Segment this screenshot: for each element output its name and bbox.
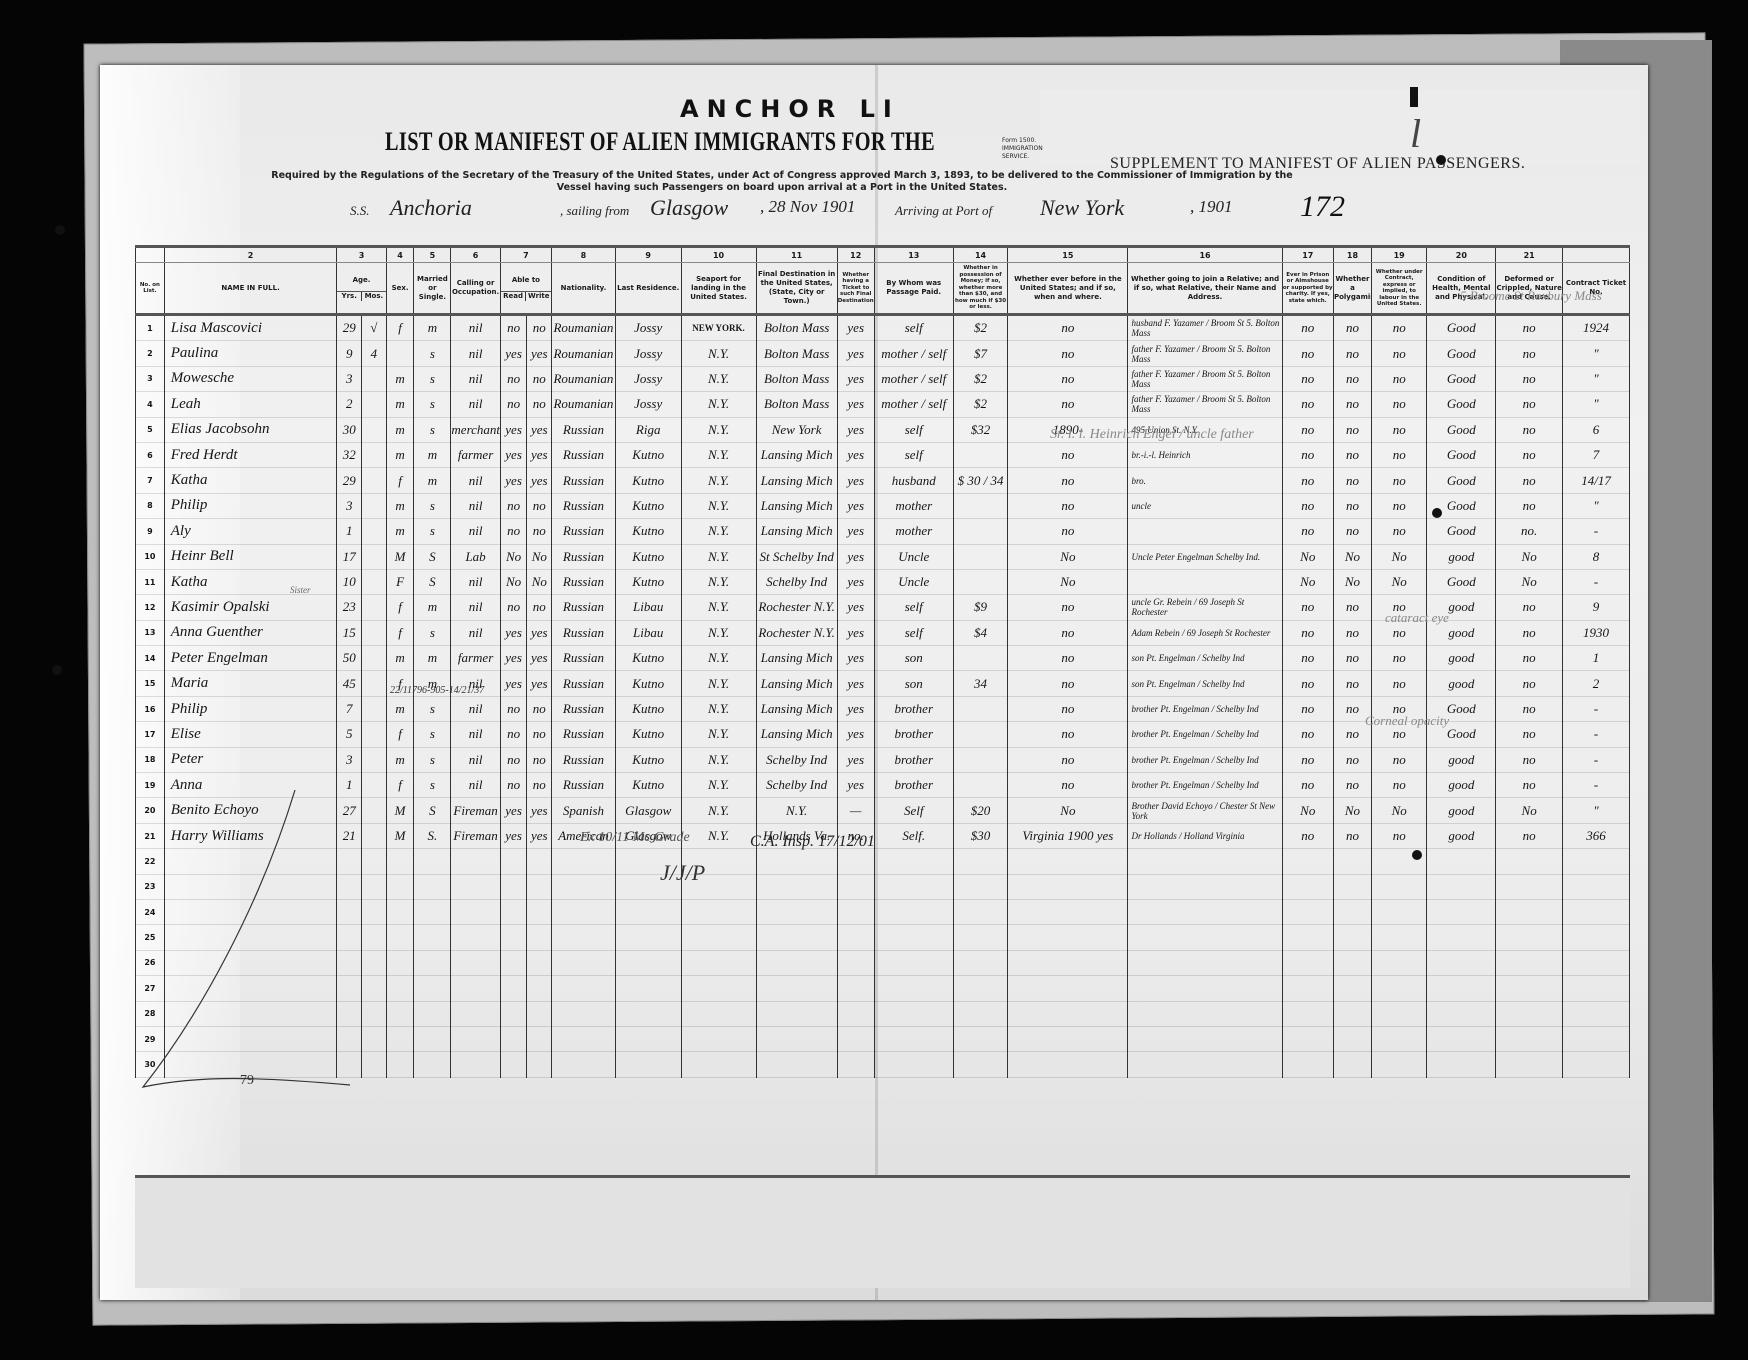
cell-no: 12	[136, 595, 165, 620]
cell-polygamist	[1333, 1001, 1371, 1026]
cell-ever-before: no	[1008, 696, 1128, 721]
cell-nationality: Russian	[552, 620, 616, 645]
cell-occupation	[451, 1052, 500, 1077]
cell-sex: f	[386, 595, 414, 620]
cell-occupation	[451, 1001, 500, 1026]
cell-yrs: 15	[337, 620, 362, 645]
cell-ticket: yes	[837, 620, 874, 645]
cell-sex: m	[386, 442, 414, 467]
cell-write: No	[527, 544, 552, 569]
cell-residence	[615, 1001, 681, 1026]
cell-yrs: 3	[337, 747, 362, 772]
cell-sex: F	[386, 569, 414, 594]
cell-write: no	[527, 315, 552, 341]
cell-ticket-no	[1563, 976, 1630, 1001]
cell-ticket: yes	[837, 366, 874, 391]
cell-nationality	[552, 925, 616, 950]
cell-mos	[362, 417, 387, 442]
cell-seaport: N.Y.	[681, 468, 756, 493]
cell-read	[500, 976, 527, 1001]
cell-nationality: Russian	[552, 722, 616, 747]
cell-seaport: N.Y.	[681, 747, 756, 772]
cell-married: s	[414, 773, 451, 798]
cell-deformed: no	[1496, 366, 1563, 391]
cell-paid: self	[874, 595, 953, 620]
table-row: 5Elias Jacobsohn30msmerchantyesyesRussia…	[136, 417, 1630, 442]
cell-residence: Kutno	[615, 646, 681, 671]
cell-prison: no	[1282, 392, 1333, 417]
cell-ever-before: No	[1008, 544, 1128, 569]
cell-yrs: 45	[337, 671, 362, 696]
cell-residence: Kutno	[615, 747, 681, 772]
bottom-note-left: Ex 10/11 Mc Grade	[580, 830, 690, 846]
cell-sex	[386, 1052, 414, 1077]
cell-ever-before: no	[1008, 341, 1128, 366]
cell-paid	[874, 1026, 953, 1051]
line-name: ANCHOR LI	[680, 95, 900, 123]
cell-mos	[362, 899, 387, 924]
cell-polygamist: no	[1333, 468, 1371, 493]
cell-occupation: nil	[451, 315, 500, 341]
cell-sex: M	[386, 823, 414, 848]
cell-no: 6	[136, 442, 165, 467]
cell-seaport: N.Y.	[681, 823, 756, 848]
cell-no: 10	[136, 544, 165, 569]
cell-polygamist: no	[1333, 595, 1371, 620]
cell-no: 18	[136, 747, 165, 772]
cell-ticket-no: -	[1563, 519, 1630, 544]
cell-residence: Kutno	[615, 696, 681, 721]
cell-ever-before	[1008, 1052, 1128, 1077]
cell-nationality	[552, 976, 616, 1001]
cell-sex	[386, 1026, 414, 1051]
cell-no: 2	[136, 341, 165, 366]
cell-prison: no	[1282, 315, 1333, 341]
cell-sex: f	[386, 620, 414, 645]
cell-money: $4	[953, 620, 1007, 645]
cell-paid	[874, 1001, 953, 1026]
cell-prison	[1282, 874, 1333, 899]
cell-prison: no	[1282, 468, 1333, 493]
cell-ticket-no: 9	[1563, 595, 1630, 620]
cell-money	[953, 442, 1007, 467]
row18-health-note: Corneal opacity	[1365, 713, 1449, 729]
cell-contract-labour: no	[1371, 646, 1426, 671]
cell-polygamist	[1333, 899, 1371, 924]
cell-no: 7	[136, 468, 165, 493]
cell-ticket	[837, 1001, 874, 1026]
cell-write: No	[527, 569, 552, 594]
cell-ticket	[837, 874, 874, 899]
col-last-residence: Last Residence.	[615, 263, 681, 315]
cell-write	[527, 849, 552, 874]
cell-relative	[1128, 874, 1282, 899]
cell-married	[414, 1026, 451, 1051]
cell-name: Peter	[164, 747, 337, 772]
cell-residence	[615, 925, 681, 950]
cell-polygamist: no	[1333, 823, 1371, 848]
cell-write	[527, 874, 552, 899]
cell-money	[953, 569, 1007, 594]
cell-paid: brother	[874, 747, 953, 772]
page-bottom-margin	[135, 1175, 1630, 1288]
cell-married: s	[414, 519, 451, 544]
cell-destination: Schelby Ind	[756, 747, 837, 772]
cell-ticket: yes	[837, 544, 874, 569]
cell-ticket: yes	[837, 696, 874, 721]
cell-occupation: nil	[451, 392, 500, 417]
cell-ticket-no: -	[1563, 773, 1630, 798]
cell-sex	[386, 899, 414, 924]
cell-seaport	[681, 950, 756, 975]
cell-read: no	[500, 366, 527, 391]
cell-read: no	[500, 747, 527, 772]
cell-occupation	[451, 1026, 500, 1051]
cell-nationality	[552, 849, 616, 874]
cell-sex: M	[386, 544, 414, 569]
cell-married	[414, 874, 451, 899]
cell-sex: m	[386, 646, 414, 671]
cell-residence: Kutno	[615, 519, 681, 544]
cell-write: no	[527, 366, 552, 391]
cell-destination: New York	[756, 417, 837, 442]
cell-ever-before: no	[1008, 595, 1128, 620]
cell-relative: Dr Hollands / Holland Virginia	[1128, 823, 1282, 848]
cell-destination: Lansing Mich	[756, 468, 837, 493]
cell-ticket-no: 6	[1563, 417, 1630, 442]
cell-health	[1427, 976, 1496, 1001]
cell-read: no	[500, 315, 527, 341]
cell-paid: self	[874, 442, 953, 467]
corner-tab-mark	[1410, 87, 1418, 107]
cell-ticket: yes	[837, 493, 874, 518]
col-polygamist: Whether a Polygamist.	[1333, 263, 1371, 315]
cell-relative	[1128, 976, 1282, 1001]
cell-money	[953, 1026, 1007, 1051]
cell-health	[1427, 899, 1496, 924]
cell-ticket-no: "	[1563, 341, 1630, 366]
cell-mos: √	[362, 315, 387, 341]
cell-money: $30	[953, 823, 1007, 848]
cell-polygamist	[1333, 976, 1371, 1001]
cell-money: $32	[953, 417, 1007, 442]
cell-prison: no	[1282, 722, 1333, 747]
cell-mos	[362, 519, 387, 544]
cell-contract-labour: no	[1371, 315, 1426, 341]
cell-ticket-no: 1	[1563, 646, 1630, 671]
cell-ticket-no	[1563, 849, 1630, 874]
cell-money: $20	[953, 798, 1007, 823]
cell-occupation: nil	[451, 341, 500, 366]
cell-married	[414, 1001, 451, 1026]
cell-seaport: N.Y.	[681, 341, 756, 366]
cell-ever-before: no	[1008, 392, 1128, 417]
cell-ever-before	[1008, 1026, 1128, 1051]
cell-deformed	[1496, 1026, 1563, 1051]
cell-occupation: nil	[451, 696, 500, 721]
cell-ticket-no	[1563, 1001, 1630, 1026]
cell-prison	[1282, 925, 1333, 950]
cell-write: yes	[527, 468, 552, 493]
cell-seaport: N.Y.	[681, 773, 756, 798]
cell-relative: father F. Yazamer / Broom St 5. Bolton M…	[1128, 341, 1282, 366]
sailing-date: , 28 Nov 1901	[760, 197, 855, 217]
cell-mos	[362, 696, 387, 721]
cell-paid	[874, 849, 953, 874]
cell-residence	[615, 1052, 681, 1077]
table-row: 1Lisa Mascovici29√fmnilnonoRoumanianJoss…	[136, 315, 1630, 341]
cell-nationality: Russian	[552, 646, 616, 671]
cell-name: Kasimir Opalski	[164, 595, 337, 620]
cell-health: good	[1427, 646, 1496, 671]
cell-write	[527, 950, 552, 975]
cell-health: good	[1427, 671, 1496, 696]
cell-yrs: 17	[337, 544, 362, 569]
column-label-row: No. on List. NAME IN FULL. Age. Yrs.Mos.…	[136, 263, 1630, 315]
cell-seaport: N.Y.	[681, 569, 756, 594]
cell-contract-labour	[1371, 1001, 1426, 1026]
cell-paid: mother / self	[874, 392, 953, 417]
table-row: 14Peter Engelman50mmfarmeryesyesRussianK…	[136, 646, 1630, 671]
cell-destination: Bolton Mass	[756, 366, 837, 391]
cell-money	[953, 747, 1007, 772]
cell-seaport: N.Y.	[681, 722, 756, 747]
cell-seaport	[681, 925, 756, 950]
cell-occupation: nil	[451, 493, 500, 518]
cell-residence: Glasgow	[615, 798, 681, 823]
cell-read	[500, 849, 527, 874]
cell-deformed: no	[1496, 773, 1563, 798]
cell-ticket: yes	[837, 773, 874, 798]
cell-ever-before: no	[1008, 315, 1128, 341]
cell-residence	[615, 976, 681, 1001]
cell-occupation: nil	[451, 468, 500, 493]
cell-name: Mowesche	[164, 366, 337, 391]
col-married: Married or Single.	[414, 263, 451, 315]
cell-residence: Kutno	[615, 569, 681, 594]
cell-nationality: Russian	[552, 417, 616, 442]
cell-no: 15	[136, 671, 165, 696]
cell-polygamist: no	[1333, 417, 1371, 442]
cell-write: yes	[527, 341, 552, 366]
cell-nationality: Russian	[552, 468, 616, 493]
cell-seaport	[681, 976, 756, 1001]
cell-contract-labour	[1371, 874, 1426, 899]
cell-yrs: 5	[337, 722, 362, 747]
cell-occupation: Fireman	[451, 798, 500, 823]
cell-polygamist: no	[1333, 773, 1371, 798]
cell-occupation: nil	[451, 722, 500, 747]
cell-prison: no	[1282, 773, 1333, 798]
cell-health	[1427, 1052, 1496, 1077]
cell-ticket: yes	[837, 392, 874, 417]
cell-deformed: no	[1496, 747, 1563, 772]
cell-occupation: nil	[451, 519, 500, 544]
cell-sex	[386, 341, 414, 366]
cell-deformed: No	[1496, 569, 1563, 594]
table-row: 9Aly1msnilnonoRussianKutnoN.Y.Lansing Mi…	[136, 519, 1630, 544]
cell-seaport: N.Y.	[681, 392, 756, 417]
col-age: Age. Yrs.Mos.	[337, 263, 386, 315]
table-row: 11Katha10FSnilNoNoRussianKutnoN.Y.Schelb…	[136, 569, 1630, 594]
cell-read: yes	[500, 341, 527, 366]
table-row: 15Maria45fmnilyesyesRussianKutnoN.Y.Lans…	[136, 671, 1630, 696]
arrival-port: New York	[1040, 195, 1124, 221]
cell-seaport: N.Y.	[681, 493, 756, 518]
cell-nationality	[552, 1001, 616, 1026]
cell-ticket	[837, 1026, 874, 1051]
cell-nationality	[552, 1026, 616, 1051]
cell-ever-before: no	[1008, 468, 1128, 493]
page-number: 172	[1300, 190, 1345, 224]
cell-residence: Libau	[615, 595, 681, 620]
arriving-label: Arriving at Port of	[895, 203, 992, 219]
cell-write: no	[527, 722, 552, 747]
cell-health: Good	[1427, 468, 1496, 493]
cell-prison	[1282, 899, 1333, 924]
cell-nationality: Roumanian	[552, 392, 616, 417]
cell-read	[500, 874, 527, 899]
cell-relative: uncle	[1128, 493, 1282, 518]
cell-health: good	[1427, 773, 1496, 798]
cell-paid	[874, 874, 953, 899]
col-no-on-list: No. on List.	[136, 263, 165, 315]
cell-paid: Self.	[874, 823, 953, 848]
cell-health: Good	[1427, 569, 1496, 594]
cell-ticket: yes	[837, 417, 874, 442]
cell-residence: Riga	[615, 417, 681, 442]
cell-name: Paulina	[164, 341, 337, 366]
cell-prison: No	[1282, 798, 1333, 823]
cell-married	[414, 950, 451, 975]
col-contract: Whether under Contract, express or impli…	[1371, 263, 1426, 315]
cell-ticket-no: 7	[1563, 442, 1630, 467]
cell-deformed	[1496, 849, 1563, 874]
cell-nationality	[552, 950, 616, 975]
cell-prison: no	[1282, 366, 1333, 391]
cell-married	[414, 925, 451, 950]
cell-contract-labour: no	[1371, 823, 1426, 848]
cell-relative	[1128, 519, 1282, 544]
cell-residence: Jossy	[615, 341, 681, 366]
cell-prison: no	[1282, 417, 1333, 442]
cell-name: Peter Engelman	[164, 646, 337, 671]
cell-ever-before	[1008, 899, 1128, 924]
cell-contract-labour: No	[1371, 798, 1426, 823]
cell-health: Good	[1427, 417, 1496, 442]
cell-deformed: no	[1496, 315, 1563, 341]
cell-write: yes	[527, 798, 552, 823]
cell-sex: m	[386, 392, 414, 417]
cell-paid	[874, 1052, 953, 1077]
cell-prison	[1282, 950, 1333, 975]
cell-nationality: Russian	[552, 493, 616, 518]
cell-occupation: nil	[451, 595, 500, 620]
cell-mos: 4	[362, 341, 387, 366]
cell-deformed	[1496, 950, 1563, 975]
cell-sex: m	[386, 519, 414, 544]
cell-ticket-no: 1930	[1563, 620, 1630, 645]
cell-name: Anna Guenther	[164, 620, 337, 645]
cell-residence: Kutno	[615, 544, 681, 569]
cell-sex: f	[386, 773, 414, 798]
cell-no: 3	[136, 366, 165, 391]
cell-sex	[386, 976, 414, 1001]
cell-residence: Kutno	[615, 671, 681, 696]
cell-name: Aly	[164, 519, 337, 544]
cell-ever-before: no	[1008, 722, 1128, 747]
cell-ticket: yes	[837, 595, 874, 620]
cell-occupation: Fireman	[451, 823, 500, 848]
cell-paid: Uncle	[874, 569, 953, 594]
cell-polygamist: no	[1333, 671, 1371, 696]
cell-polygamist: No	[1333, 569, 1371, 594]
cell-sex: f	[386, 468, 414, 493]
cell-destination: Lansing Mich	[756, 722, 837, 747]
cell-nationality: Roumanian	[552, 341, 616, 366]
cell-paid: brother	[874, 773, 953, 798]
cell-destination: Bolton Mass	[756, 315, 837, 341]
cell-money: $7	[953, 341, 1007, 366]
arrival-year: , 1901	[1190, 197, 1233, 217]
cell-destination: Rochester N.Y.	[756, 620, 837, 645]
cell-money	[953, 519, 1007, 544]
cell-ticket: yes	[837, 646, 874, 671]
cell-relative: brother Pt. Engelman / Schelby Ind	[1128, 773, 1282, 798]
cell-married: s	[414, 341, 451, 366]
cell-mos	[362, 646, 387, 671]
row16-ledger-note: 22/11796-905-14/21/37	[390, 685, 484, 696]
cell-married: s	[414, 747, 451, 772]
cell-ever-before: no	[1008, 519, 1128, 544]
cell-married	[414, 976, 451, 1001]
cell-destination	[756, 1026, 837, 1051]
cell-ever-before: no	[1008, 671, 1128, 696]
cell-paid: husband	[874, 468, 953, 493]
cell-deformed: no	[1496, 696, 1563, 721]
cell-write: no	[527, 696, 552, 721]
cell-name: Lisa Mascovici	[164, 315, 337, 341]
cell-health	[1427, 950, 1496, 975]
cell-write: yes	[527, 417, 552, 442]
cell-destination: Schelby Ind	[756, 773, 837, 798]
cell-destination	[756, 1001, 837, 1026]
cell-ever-before	[1008, 950, 1128, 975]
cell-ticket: yes	[837, 722, 874, 747]
cell-ticket: yes	[837, 315, 874, 341]
table-row: 18Peter3msnilnonoRussianKutnoN.Y.Schelby…	[136, 747, 1630, 772]
manifest-title: LIST OR MANIFEST OF ALIEN IMMIGRANTS FOR…	[385, 127, 935, 157]
cell-money: $ 30 / 34	[953, 468, 1007, 493]
cell-money	[953, 773, 1007, 798]
cell-seaport: N.Y.	[681, 595, 756, 620]
cell-name: Heinr Bell	[164, 544, 337, 569]
cell-sex: m	[386, 366, 414, 391]
cell-ticket-no: 366	[1563, 823, 1630, 848]
corner-handwritten-mark: l	[1410, 110, 1421, 157]
cell-ticket: yes	[837, 442, 874, 467]
cell-health	[1427, 874, 1496, 899]
col-relative: Whether going to join a Relative; and if…	[1128, 263, 1282, 315]
cell-ever-before: No	[1008, 569, 1128, 594]
cell-contract-labour: no	[1371, 773, 1426, 798]
cell-nationality: Roumanian	[552, 366, 616, 391]
cell-polygamist: no	[1333, 366, 1371, 391]
cell-ticket-no: -	[1563, 747, 1630, 772]
cell-read: no	[500, 493, 527, 518]
cell-money	[953, 874, 1007, 899]
cell-destination: Rochester N.Y.	[756, 595, 837, 620]
